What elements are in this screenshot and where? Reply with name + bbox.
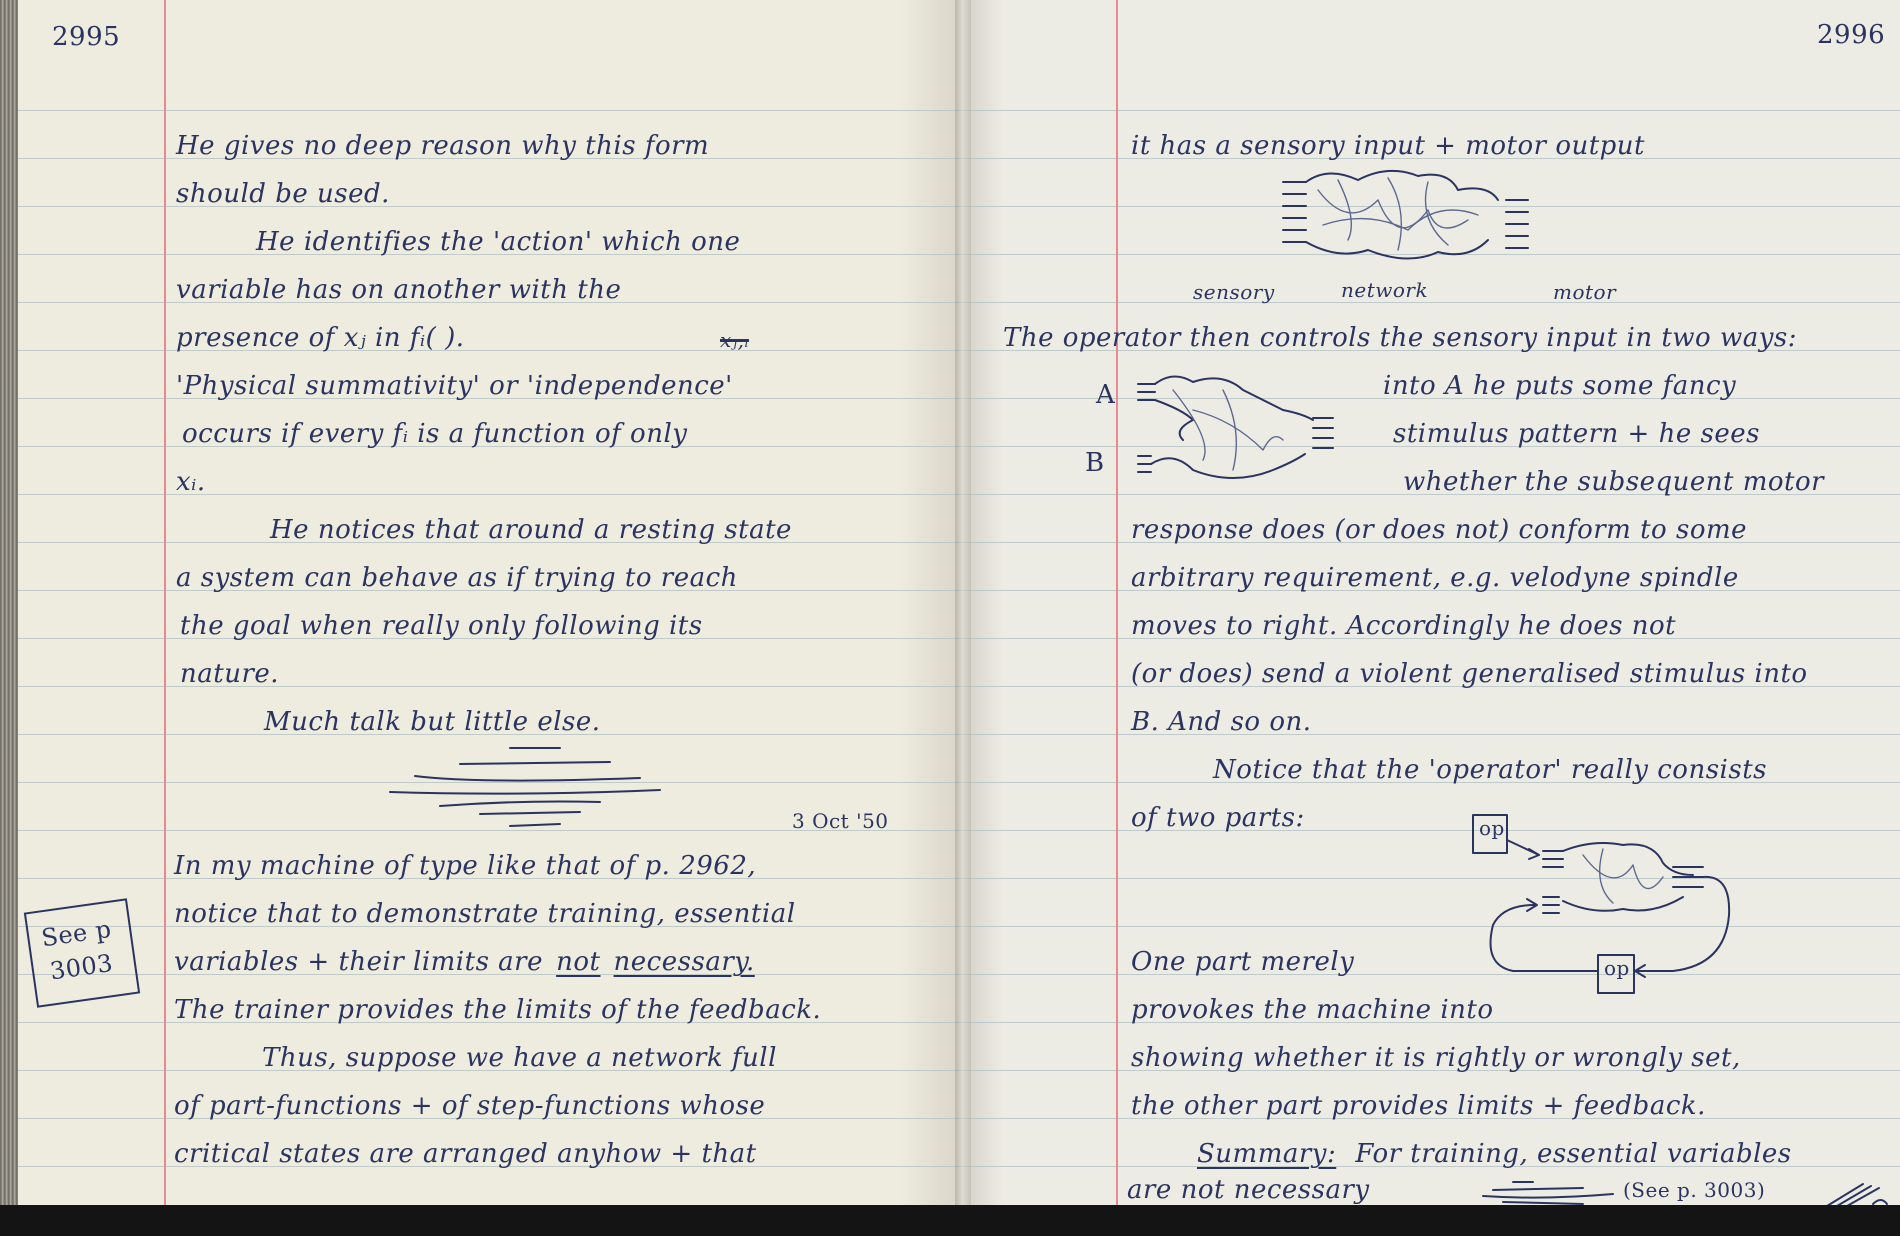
text-line: He identifies the 'action' which one — [256, 229, 740, 255]
text-line: presence of xⱼ in fᵢ( ). — [176, 325, 464, 351]
sensory-input-lines — [1283, 182, 1306, 242]
text-line: He gives no deep reason why this form — [176, 133, 709, 159]
text-line: xᵢ. — [176, 469, 206, 495]
input-a-lines — [1138, 384, 1155, 400]
text-line: nature. — [180, 661, 279, 687]
cross-reference: (See p. 3003) — [1623, 1180, 1765, 1200]
label-network: network — [1341, 280, 1428, 300]
ab-input-network-diagram — [1133, 370, 1393, 490]
text-line: The operator then controls the sensory i… — [1003, 325, 1797, 351]
notebook-spine — [955, 0, 971, 1212]
stacked-page-edges — [0, 0, 18, 1212]
left-notebook-page: 2995 He gives no deep reason why this fo… — [0, 0, 963, 1212]
text-line: critical states are arranged anyhow + th… — [174, 1141, 757, 1167]
text-segment: variables + their limits are — [174, 947, 543, 977]
right-margin-rule — [1116, 0, 1118, 1212]
crossed-out-text: xⱼ,ᵢ — [720, 330, 749, 350]
label-input-a: A — [1096, 382, 1115, 408]
margin-note-line1: See p — [40, 917, 113, 951]
underlined-necessary: necessary. — [614, 947, 755, 977]
label-motor: motor — [1553, 282, 1616, 302]
text-line: should be used. — [176, 181, 390, 207]
closing-scribble — [1473, 1178, 1623, 1208]
text-line: showing whether it is rightly or wrongly… — [1131, 1045, 1741, 1071]
input-b-lines — [1138, 456, 1151, 472]
text-line: the other part provides limits + feedbac… — [1131, 1093, 1706, 1119]
text-line: In my machine of type like that of p. 29… — [174, 853, 756, 879]
section-divider-scribble — [360, 740, 680, 830]
text-line: a system can behave as if trying to reac… — [176, 565, 738, 591]
label-sensory: sensory — [1193, 282, 1275, 302]
text-line: moves to right. Accordingly he does not — [1131, 613, 1676, 639]
ruled-line — [18, 350, 963, 351]
text-line: provokes the machine into — [1131, 997, 1494, 1023]
right-notebook-page: 2996 it has a sensory input + motor outp… — [963, 0, 1900, 1212]
page-number-right: 2996 — [1817, 22, 1885, 48]
feedback-loop-path — [1635, 877, 1729, 971]
feedback-return-path — [1491, 905, 1599, 971]
op-label-bottom: op — [1604, 958, 1630, 978]
text-line: (or does) send a violent generalised sti… — [1131, 661, 1808, 687]
text-line: 'Physical summativity' or 'independence' — [176, 373, 733, 399]
left-margin-rule — [164, 0, 166, 1212]
text-line: into A he puts some fancy — [1383, 373, 1736, 399]
text-line: B. And so on. — [1131, 709, 1312, 735]
ruled-line — [18, 110, 963, 111]
text-line: He notices that around a resting state — [270, 517, 792, 543]
text-line: of part-functions + of step-functions wh… — [174, 1093, 765, 1119]
ruled-line — [18, 494, 963, 495]
text-line-underlined: variables + their limits are not necessa… — [174, 949, 755, 975]
entry-date: 3 Oct '50 — [792, 811, 889, 831]
text-line: are not necessary — [1127, 1177, 1370, 1203]
text-line: Thus, suppose we have a network full — [262, 1045, 777, 1071]
background-shadow — [0, 1205, 1900, 1236]
margin-note-box: See p 3003 — [24, 898, 140, 1008]
page-number-left: 2995 — [52, 24, 120, 50]
ruled-line — [18, 686, 963, 687]
text-line: stimulus pattern + he sees — [1393, 421, 1760, 447]
label-input-b: B — [1085, 450, 1105, 476]
text-line: whether the subsequent motor — [1403, 469, 1824, 495]
op-label-top: op — [1479, 818, 1505, 838]
output-lines — [1313, 418, 1333, 448]
text-line: Notice that the 'operator' really consis… — [1213, 757, 1767, 783]
text-line: of two parts: — [1131, 805, 1305, 831]
ruled-line — [963, 302, 1900, 303]
operator-feedback-diagram — [1463, 805, 1803, 1005]
text-line: The trainer provides the limits of the f… — [174, 997, 821, 1023]
text-line: arbitrary requirement, e.g. velodyne spi… — [1131, 565, 1739, 591]
margin-note-line2: 3003 — [49, 951, 115, 984]
ruled-line — [963, 110, 1900, 111]
underlined-not: not — [556, 947, 600, 977]
text-line: it has a sensory input + motor output — [1131, 133, 1645, 159]
text-line: One part merely — [1131, 949, 1354, 975]
text-line: occurs if every fᵢ is a function of only — [182, 421, 687, 447]
ruled-line — [963, 734, 1900, 735]
summary-heading: Summary: — [1197, 1139, 1336, 1169]
network-sketch-diagram — [1278, 170, 1578, 280]
summary-line: Summary: For training, essential variabl… — [1197, 1141, 1792, 1167]
text-line: response does (or does not) conform to s… — [1131, 517, 1747, 543]
text-line: Much talk but little else. — [264, 709, 601, 735]
motor-output-lines — [1506, 200, 1528, 248]
text-line: variable has on another with the — [176, 277, 621, 303]
summary-text: For training, essential variables — [1355, 1139, 1791, 1169]
ruled-line — [18, 206, 963, 207]
text-line: notice that to demonstrate training, ess… — [174, 901, 796, 927]
text-line: the goal when really only following its — [180, 613, 703, 639]
